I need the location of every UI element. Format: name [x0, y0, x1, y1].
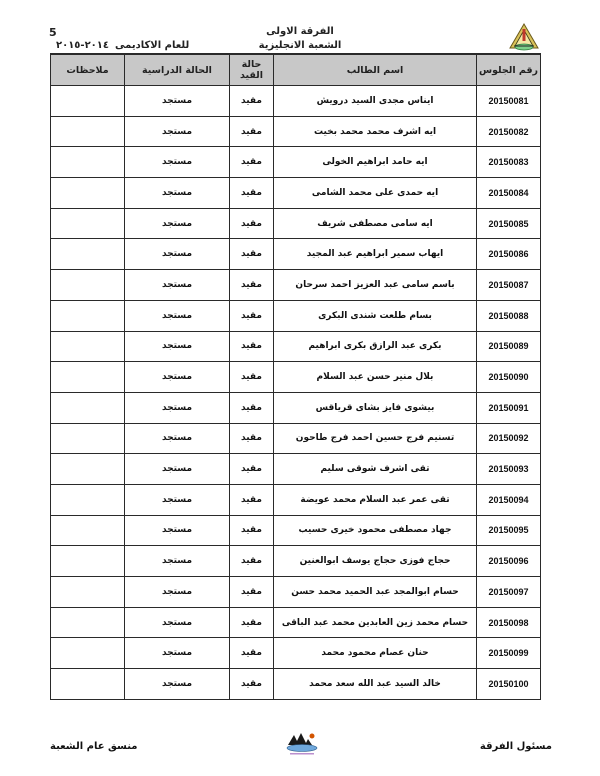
notes-cell: [51, 392, 125, 423]
seat-number-cell: 20150093: [477, 454, 541, 485]
notes-cell: [51, 331, 125, 362]
enrollment-status-cell: مقيد: [230, 484, 274, 515]
notes-cell: [51, 454, 125, 485]
enrollment-status-cell: مقيد: [230, 577, 274, 608]
academic-year: للعام الاكاديمى٢٠١٤-٢٠١٥: [50, 40, 189, 51]
seat-number-cell: 20150086: [477, 239, 541, 270]
study-status-cell: مستجد: [125, 300, 230, 331]
seat-number-cell: 20150094: [477, 484, 541, 515]
study-status-cell: مستجد: [125, 116, 230, 147]
table-row: 20150100خالد السيد عبد الله سعد محمدمقيد…: [51, 669, 541, 700]
study-status-cell: مستجد: [125, 546, 230, 577]
notes-cell: [51, 607, 125, 638]
study-status-cell: مستجد: [125, 362, 230, 393]
student-name-cell: خالد السيد عبد الله سعد محمد: [274, 669, 477, 700]
table-row: 20150088بسام طلعت شندى البكرىمقيدمستجد: [51, 300, 541, 331]
seat-number-cell: 20150090: [477, 362, 541, 393]
enrollment-status-cell: مقيد: [230, 638, 274, 669]
enrollment-status-cell: مقيد: [230, 546, 274, 577]
enrollment-status-cell: مقيد: [230, 86, 274, 117]
class-supervisor-signature: مسئول الفرقة: [480, 741, 552, 752]
study-status-cell: مستجد: [125, 423, 230, 454]
study-status-cell: مستجد: [125, 484, 230, 515]
study-status-cell: مستجد: [125, 178, 230, 209]
page-number: 5: [49, 26, 57, 39]
seat-number-cell: 20150100: [477, 669, 541, 700]
notes-cell: [51, 147, 125, 178]
table-row: 20150097حسام ابوالمجد عبد الحميد محمد حس…: [51, 577, 541, 608]
table-row: 20150087باسم سامى عبد العزيز احمد سرحانم…: [51, 270, 541, 301]
study-status-cell: مستجد: [125, 669, 230, 700]
table-row: 20150085ايه سامى مصطفى شريفمقيدمستجد: [51, 208, 541, 239]
notes-cell: [51, 638, 125, 669]
notes-cell: [51, 669, 125, 700]
student-name-cell: حسام محمد زين العابدين محمد عبد الباقى: [274, 607, 477, 638]
table-row: 20150092تسنيم فرج حسين احمد فرج طاحونمقي…: [51, 423, 541, 454]
seat-number-cell: 20150099: [477, 638, 541, 669]
enrollment-status-cell: مقيد: [230, 515, 274, 546]
enrollment-status-cell: مقيد: [230, 454, 274, 485]
table-row: 20150093تقى اشرف شوقى سليممقيدمستجد: [51, 454, 541, 485]
seat-number-cell: 20150088: [477, 300, 541, 331]
notes-cell: [51, 577, 125, 608]
notes-cell: [51, 86, 125, 117]
study-status-cell: مستجد: [125, 208, 230, 239]
enrollment-status-cell: مقيد: [230, 116, 274, 147]
student-name-cell: ايه حمدى على محمد الشامى: [274, 178, 477, 209]
notes-cell: [51, 116, 125, 147]
student-name-cell: تقى عمر عبد السلام محمد عويضة: [274, 484, 477, 515]
seat-number-cell: 20150083: [477, 147, 541, 178]
enrollment-status-cell: مقيد: [230, 362, 274, 393]
notes-cell: [51, 362, 125, 393]
student-name-cell: باسم سامى عبد العزيز احمد سرحان: [274, 270, 477, 301]
table-row: 20150091بيشوى فايز بشاى قرياقسمقيدمستجد: [51, 392, 541, 423]
department-coordinator-signature: منسق عام الشعبة: [50, 741, 138, 752]
student-name-cell: ايه حامد ابراهيم الخولى: [274, 147, 477, 178]
column-header-seat-number: رقم الجلوس: [477, 54, 541, 86]
seat-number-cell: 20150084: [477, 178, 541, 209]
notes-cell: [51, 270, 125, 301]
study-status-cell: مستجد: [125, 454, 230, 485]
seat-number-cell: 20150089: [477, 331, 541, 362]
seat-number-cell: 20150092: [477, 423, 541, 454]
seat-number-cell: 20150095: [477, 515, 541, 546]
academic-year-value: ٢٠١٤-٢٠١٥: [56, 40, 109, 51]
seat-number-cell: 20150085: [477, 208, 541, 239]
column-header-student-name: اسم الطالب: [274, 54, 477, 86]
enrollment-status-cell: مقيد: [230, 239, 274, 270]
column-header-study-status: الحالة الدراسية: [125, 54, 230, 86]
column-header-notes: ملاحظات: [51, 54, 125, 86]
table-row: 20150082ايه اشرف محمد محمد بخيتمقيدمستجد: [51, 116, 541, 147]
student-name-cell: ايناس مجدى السيد درويش: [274, 86, 477, 117]
table-row: 20150094تقى عمر عبد السلام محمد عويضةمقي…: [51, 484, 541, 515]
student-name-cell: بسام طلعت شندى البكرى: [274, 300, 477, 331]
student-name-cell: بكرى عبد الرازق بكرى ابراهيم: [274, 331, 477, 362]
document-subtitle: الشعبة الانجليزية: [240, 40, 360, 51]
study-status-cell: مستجد: [125, 638, 230, 669]
student-name-cell: تقى اشرف شوقى سليم: [274, 454, 477, 485]
institute-logo-icon: [284, 731, 320, 759]
notes-cell: [51, 239, 125, 270]
study-status-cell: مستجد: [125, 392, 230, 423]
table-row: 20150083ايه حامد ابراهيم الخولىمقيدمستجد: [51, 147, 541, 178]
notes-cell: [51, 300, 125, 331]
student-name-cell: ايه سامى مصطفى شريف: [274, 208, 477, 239]
seat-number-cell: 20150081: [477, 86, 541, 117]
seat-number-cell: 20150098: [477, 607, 541, 638]
student-name-cell: تسنيم فرج حسين احمد فرج طاحون: [274, 423, 477, 454]
document-title: الفرقة الاولى: [240, 26, 360, 37]
study-status-cell: مستجد: [125, 607, 230, 638]
table-row: 20150096حجاج فوزى حجاج يوسف ابوالعنينمقي…: [51, 546, 541, 577]
study-status-cell: مستجد: [125, 239, 230, 270]
study-status-cell: مستجد: [125, 515, 230, 546]
seat-number-cell: 20150096: [477, 546, 541, 577]
enrollment-status-cell: مقيد: [230, 607, 274, 638]
enrollment-status-cell: مقيد: [230, 270, 274, 301]
table-row: 20150099حنان عصام محمود محمدمقيدمستجد: [51, 638, 541, 669]
enrollment-status-cell: مقيد: [230, 392, 274, 423]
study-status-cell: مستجد: [125, 270, 230, 301]
student-name-cell: حسام ابوالمجد عبد الحميد محمد حسن: [274, 577, 477, 608]
table-row: 20150090بلال منير حسن عبد السلاممقيدمستج…: [51, 362, 541, 393]
table-row: 20150095جهاد مصطفى محمود خيرى حسيبمقيدمس…: [51, 515, 541, 546]
seat-number-cell: 20150082: [477, 116, 541, 147]
university-logo-icon: [508, 22, 540, 52]
enrollment-status-cell: مقيد: [230, 423, 274, 454]
student-name-cell: جهاد مصطفى محمود خيرى حسيب: [274, 515, 477, 546]
study-status-cell: مستجد: [125, 331, 230, 362]
study-status-cell: مستجد: [125, 86, 230, 117]
study-status-cell: مستجد: [125, 147, 230, 178]
notes-cell: [51, 515, 125, 546]
student-name-cell: ايه اشرف محمد محمد بخيت: [274, 116, 477, 147]
table-row: 20150084ايه حمدى على محمد الشامىمقيدمستج…: [51, 178, 541, 209]
seat-number-cell: 20150091: [477, 392, 541, 423]
table-row: 20150086ايهاب سمير ابراهيم عبد المجيدمقي…: [51, 239, 541, 270]
notes-cell: [51, 546, 125, 577]
academic-year-label: للعام الاكاديمى: [115, 40, 189, 51]
enrollment-status-cell: مقيد: [230, 208, 274, 239]
student-name-cell: ايهاب سمير ابراهيم عبد المجيد: [274, 239, 477, 270]
student-name-cell: بيشوى فايز بشاى قرياقس: [274, 392, 477, 423]
student-name-cell: بلال منير حسن عبد السلام: [274, 362, 477, 393]
student-name-cell: حنان عصام محمود محمد: [274, 638, 477, 669]
enrollment-status-cell: مقيد: [230, 300, 274, 331]
enrollment-status-cell: مقيد: [230, 178, 274, 209]
study-status-cell: مستجد: [125, 577, 230, 608]
notes-cell: [51, 484, 125, 515]
notes-cell: [51, 208, 125, 239]
notes-cell: [51, 423, 125, 454]
seat-number-cell: 20150087: [477, 270, 541, 301]
enrollment-status-cell: مقيد: [230, 669, 274, 700]
table-header-row: رقم الجلوس اسم الطالب حالة القيد الحالة …: [51, 54, 541, 86]
table-row: 20150089بكرى عبد الرازق بكرى ابراهيممقيد…: [51, 331, 541, 362]
enrollment-status-cell: مقيد: [230, 147, 274, 178]
column-header-enrollment-status: حالة القيد: [230, 54, 274, 86]
table-row: 20150098حسام محمد زين العابدين محمد عبد …: [51, 607, 541, 638]
student-roster-table: رقم الجلوس اسم الطالب حالة القيد الحالة …: [50, 53, 541, 700]
seat-number-cell: 20150097: [477, 577, 541, 608]
notes-cell: [51, 178, 125, 209]
student-name-cell: حجاج فوزى حجاج يوسف ابوالعنين: [274, 546, 477, 577]
enrollment-status-cell: مقيد: [230, 331, 274, 362]
table-row: 20150081ايناس مجدى السيد درويشمقيدمستجد: [51, 86, 541, 117]
